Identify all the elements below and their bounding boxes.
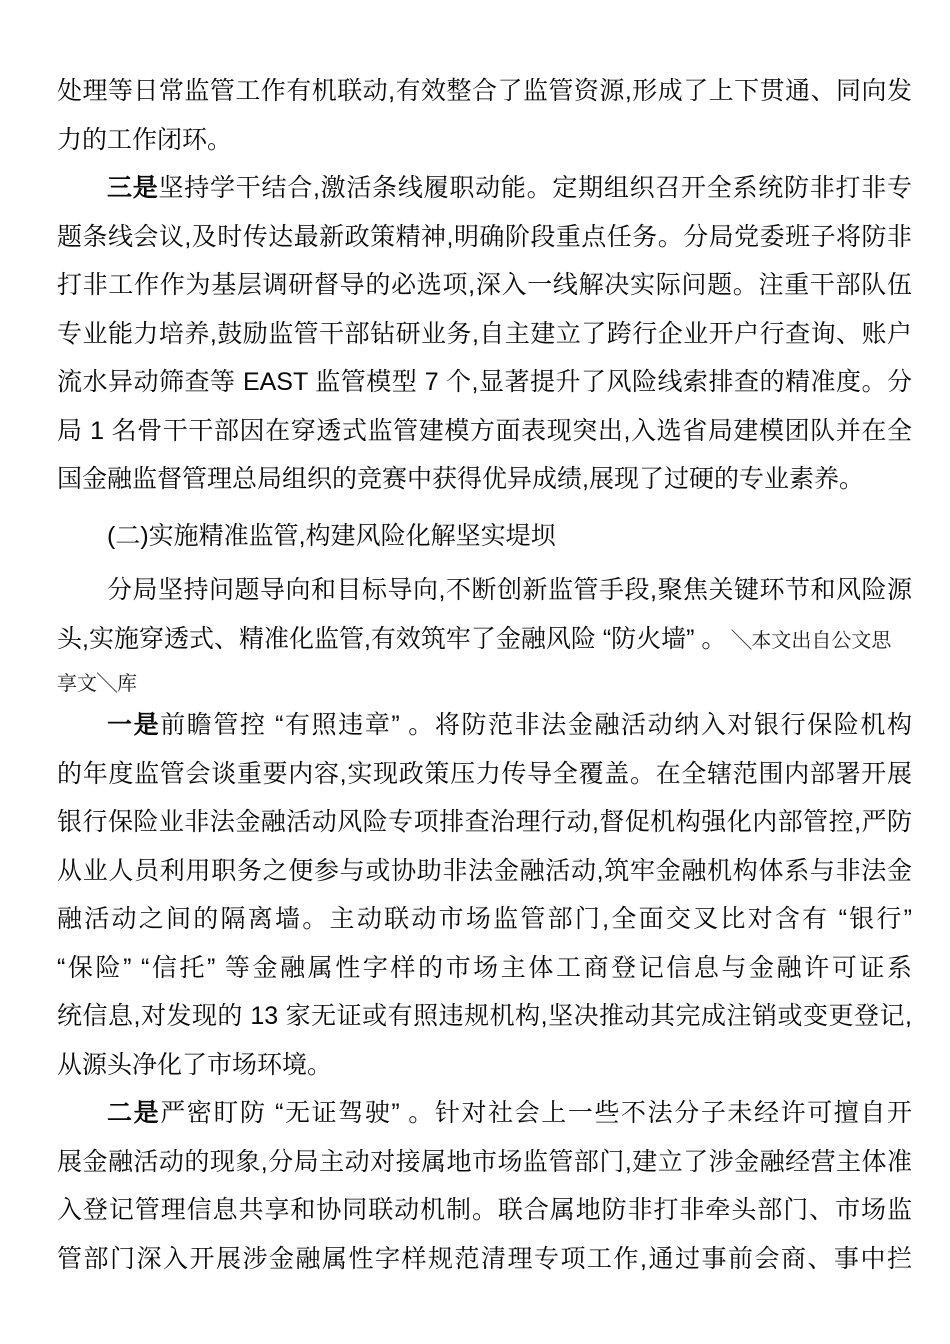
text-run: 局 1 名骨干干部因在穿透式监管建模方面表现突出,入选省局建模团队并在全 [57, 417, 912, 445]
text-line: 流水异动筛查等 EAST 监管模型 7 个,显著提升了风险线索排查的精准度。分 [57, 358, 912, 407]
text-run: 严密盯防 “无证驾驶” 。针对社会上一些不法分子未经许可擅自开 [160, 1099, 912, 1127]
text-run: 题条线会议,及时传达最新政策精神,明确阶段重点任务。分局党委班子将防非 [57, 223, 912, 251]
text-run: 分局坚持问题导向和目标导向,不断创新监管手段,聚焦关键环节和风险源 [107, 576, 912, 604]
text-run: “保险” “信托” 等金融属性字样的市场主体工商登记信息与金融许可证系 [57, 954, 912, 982]
text-run: 银行保险业非法金融活动风险专项排查治理行动,督促机构强化内部管控,严防 [57, 808, 912, 836]
text-run: 头,实施穿透式、精准化监管,有效筑牢了金融风险 “防火墙” 。 [57, 625, 726, 653]
text-line: 分局坚持问题导向和目标导向,不断创新监管手段,聚焦关键环节和风险源 [57, 566, 912, 615]
text-line: 力的工作闭环。 [57, 116, 912, 165]
text-run: 坚持学干结合,激活条线履职动能。定期组织召开全系统防非打非专 [159, 174, 913, 202]
text-run: 流水异动筛查等 EAST 监管模型 7 个,显著提升了风险线索排查的精准度。分 [57, 368, 912, 396]
text-line: 头,实施穿透式、精准化监管,有效筑牢了金融风险 “防火墙” 。 ╲本文出自公文思 [57, 615, 912, 664]
text-line: 展金融活动的现象,分局主动对接属地市场监管部门,建立了涉金融经营主体准 [57, 1138, 912, 1187]
text-line: 统信息,对发现的 13 家无证或有照违规机构,坚决推动其完成注销或变更登记, [57, 992, 912, 1041]
text-run: 的年度监管会谈重要内容,实现政策压力传导全覆盖。在全辖范围内部署开展 [57, 760, 912, 788]
text-run: 统信息,对发现的 13 家无证或有照违规机构,坚决推动其完成注销或变更登记, [57, 1002, 912, 1030]
text-line: 银行保险业非法金融活动风险专项排查治理行动,督促机构强化内部管控,严防 [57, 798, 912, 847]
text-line: 三是坚持学干结合,激活条线履职动能。定期组织召开全系统防非打非专 [57, 164, 912, 213]
text-run: 力的工作闭环。 [57, 126, 232, 154]
text-run: 融活动之间的隔离墙。主动联动市场监管部门,全面交叉比对含有 “银行” [57, 905, 912, 933]
text-run: 从业人员利用职务之便参与或协助非法金融活动,筑牢金融机构体系与非法金 [57, 857, 912, 885]
text-line: 题条线会议,及时传达最新政策精神,明确阶段重点任务。分局党委班子将防非 [57, 213, 912, 262]
text-line: 处理等日常监管工作有机联动,有效整合了监管资源,形成了上下贯通、同向发 [57, 67, 912, 116]
text-run: 管部门深入开展涉金融属性字样规范清理专项工作,通过事前会商、事中拦 [57, 1245, 912, 1273]
text-line: 二是严密盯防 “无证驾驶” 。针对社会上一些不法分子未经许可擅自开 [57, 1089, 912, 1138]
heading: (二)实施精准监管,构建风险化解坚实堤坝 [57, 512, 912, 561]
text-line: 一是前瞻管控 “有照违章” 。将防范非法金融活动纳入对银行保险机构 [57, 701, 912, 750]
text-run: 从源头净化了市场环境。 [57, 1051, 332, 1079]
emphasis-run: 三是 [107, 174, 159, 202]
text-run: 处理等日常监管工作有机联动,有效整合了监管资源,形成了上下贯通、同向发 [57, 77, 912, 105]
watermark-text: 享文╲库 [57, 673, 137, 695]
text-line: 局 1 名骨干干部因在穿透式监管建模方面表现突出,入选省局建模团队并在全 [57, 407, 912, 456]
text-run: 前瞻管控 “有照违章” 。将防范非法金融活动纳入对银行保险机构 [160, 711, 912, 739]
text-line: “保险” “信托” 等金融属性字样的市场主体工商登记信息与金融许可证系 [57, 944, 912, 993]
text-line: 管部门深入开展涉金融属性字样规范清理专项工作,通过事前会商、事中拦 [57, 1235, 912, 1284]
text-run: 打非工作作为基层调研督导的必选项,深入一线解决实际问题。注重干部队伍 [57, 271, 912, 299]
text-line: 的年度监管会谈重要内容,实现政策压力传导全覆盖。在全辖范围内部署开展 [57, 750, 912, 799]
text-line: 融活动之间的隔离墙。主动联动市场监管部门,全面交叉比对含有 “银行” [57, 895, 912, 944]
emphasis-run: 一是 [107, 711, 160, 739]
watermark-text: ╲本文出自公文思 [726, 630, 891, 652]
emphasis-run: 二是 [107, 1099, 160, 1127]
text-line: 打非工作作为基层调研督导的必选项,深入一线解决实际问题。注重干部队伍 [57, 261, 912, 310]
text-line: 专业能力培养,鼓励监管干部钻研业务,自主建立了跨行企业开户行查询、账户 [57, 310, 912, 359]
text-line: 从源头净化了市场环境。 [57, 1041, 912, 1090]
text-line: 入登记管理信息共享和协同联动机制。联合属地防非打非牵头部门、市场监 [57, 1186, 912, 1235]
text-line: 国金融监督管理总局组织的竞赛中获得优异成绩,展现了过硬的专业素养。 [57, 455, 912, 504]
text-line: 从业人员利用职务之便参与或协助非法金融活动,筑牢金融机构体系与非法金 [57, 847, 912, 896]
text-run: 国金融监督管理总局组织的竞赛中获得优异成绩,展现了过硬的专业素养。 [57, 465, 864, 493]
text-run: 展金融活动的现象,分局主动对接属地市场监管部门,建立了涉金融经营主体准 [57, 1148, 912, 1176]
watermark-line: 享文╲库 [57, 663, 912, 701]
text-run: 专业能力培养,鼓励监管干部钻研业务,自主建立了跨行企业开户行查询、账户 [57, 320, 912, 348]
document-page: 处理等日常监管工作有机联动,有效整合了监管资源,形成了上下贯通、同向发力的工作闭… [0, 0, 950, 1344]
text-run: (二)实施精准监管,构建风险化解坚实堤坝 [107, 522, 556, 550]
text-run: 入登记管理信息共享和协同联动机制。联合属地防非打非牵头部门、市场监 [57, 1196, 912, 1224]
